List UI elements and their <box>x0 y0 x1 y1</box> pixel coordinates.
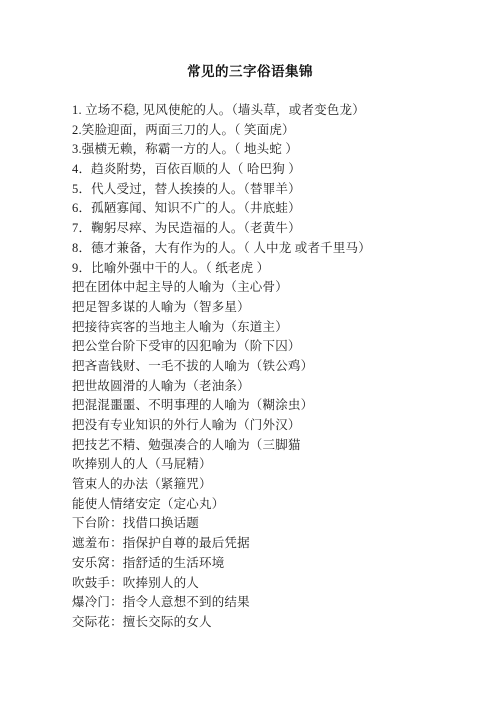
text-line: 遮羞布：指保护自尊的最后凭据 <box>72 534 464 554</box>
document-body: 1. 立场不稳, 见风使舵的人。（墙头草，或者变色龙） 2.笑脸迎面，两面三刀的… <box>0 101 500 633</box>
text-line: 9．比喻外强中干的人。（ 纸老虎 ） <box>72 259 464 279</box>
text-line: 能使人情绪安定（定心丸） <box>72 495 464 515</box>
text-line: 把技艺不精、勉强凑合的人喻为（三脚猫 <box>72 436 464 456</box>
text-line: 5．代人受过，替人挨揍的人。（替罪羊） <box>72 180 464 200</box>
text-line: 8．德才兼备，大有作为的人。（ 人中龙 或者千里马） <box>72 239 464 259</box>
document-title: 常见的三字俗语集锦 <box>0 0 500 80</box>
text-line: 1. 立场不稳, 见风使舵的人。（墙头草，或者变色龙） <box>72 101 464 121</box>
text-line: 把足智多谋的人喻为（智多星） <box>72 298 464 318</box>
text-line: 把在团体中起主导的人喻为（主心骨） <box>72 278 464 298</box>
document-page: 常见的三字俗语集锦 1. 立场不稳, 见风使舵的人。（墙头草，或者变色龙） 2.… <box>0 0 500 707</box>
text-line: 把世故圆滑的人喻为（老油条） <box>72 377 464 397</box>
text-line: 把接待宾客的当地主人喻为（东道主） <box>72 318 464 338</box>
text-line: 安乐窝：指舒适的生活环境 <box>72 554 464 574</box>
text-line: 把公堂台阶下受审的囚犯喻为（阶下囚） <box>72 337 464 357</box>
text-line: 吹鼓手：吹捧别人的人 <box>72 574 464 594</box>
text-line: 7．鞠躬尽瘁、为民造福的人。（老黄牛） <box>72 219 464 239</box>
text-line: 6．孤陋寡闻、知识不广的人。（井底蛙） <box>72 199 464 219</box>
text-line: 3.强横无赖，称霸一方的人。（ 地头蛇 ） <box>72 140 464 160</box>
text-line: 吹捧别人的人（马屁精） <box>72 455 464 475</box>
text-line: 把没有专业知识的外行人喻为（门外汉） <box>72 416 464 436</box>
text-line: 下台阶：找借口换话题 <box>72 514 464 534</box>
text-line: 交际花：擅长交际的女人 <box>72 613 464 633</box>
text-line: 把混混噩噩、不明事理的人喻为（糊涂虫） <box>72 396 464 416</box>
text-line: 4．趋炎附势，百依百顺的人（ 哈巴狗 ） <box>72 160 464 180</box>
text-line: 把吝啬钱财、一毛不拔的人喻为（铁公鸡） <box>72 357 464 377</box>
text-line: 2.笑脸迎面，两面三刀的人。（ 笑面虎） <box>72 121 464 141</box>
text-line: 管束人的办法（紧箍咒） <box>72 475 464 495</box>
text-line: 爆冷门：指令人意想不到的结果 <box>72 593 464 613</box>
